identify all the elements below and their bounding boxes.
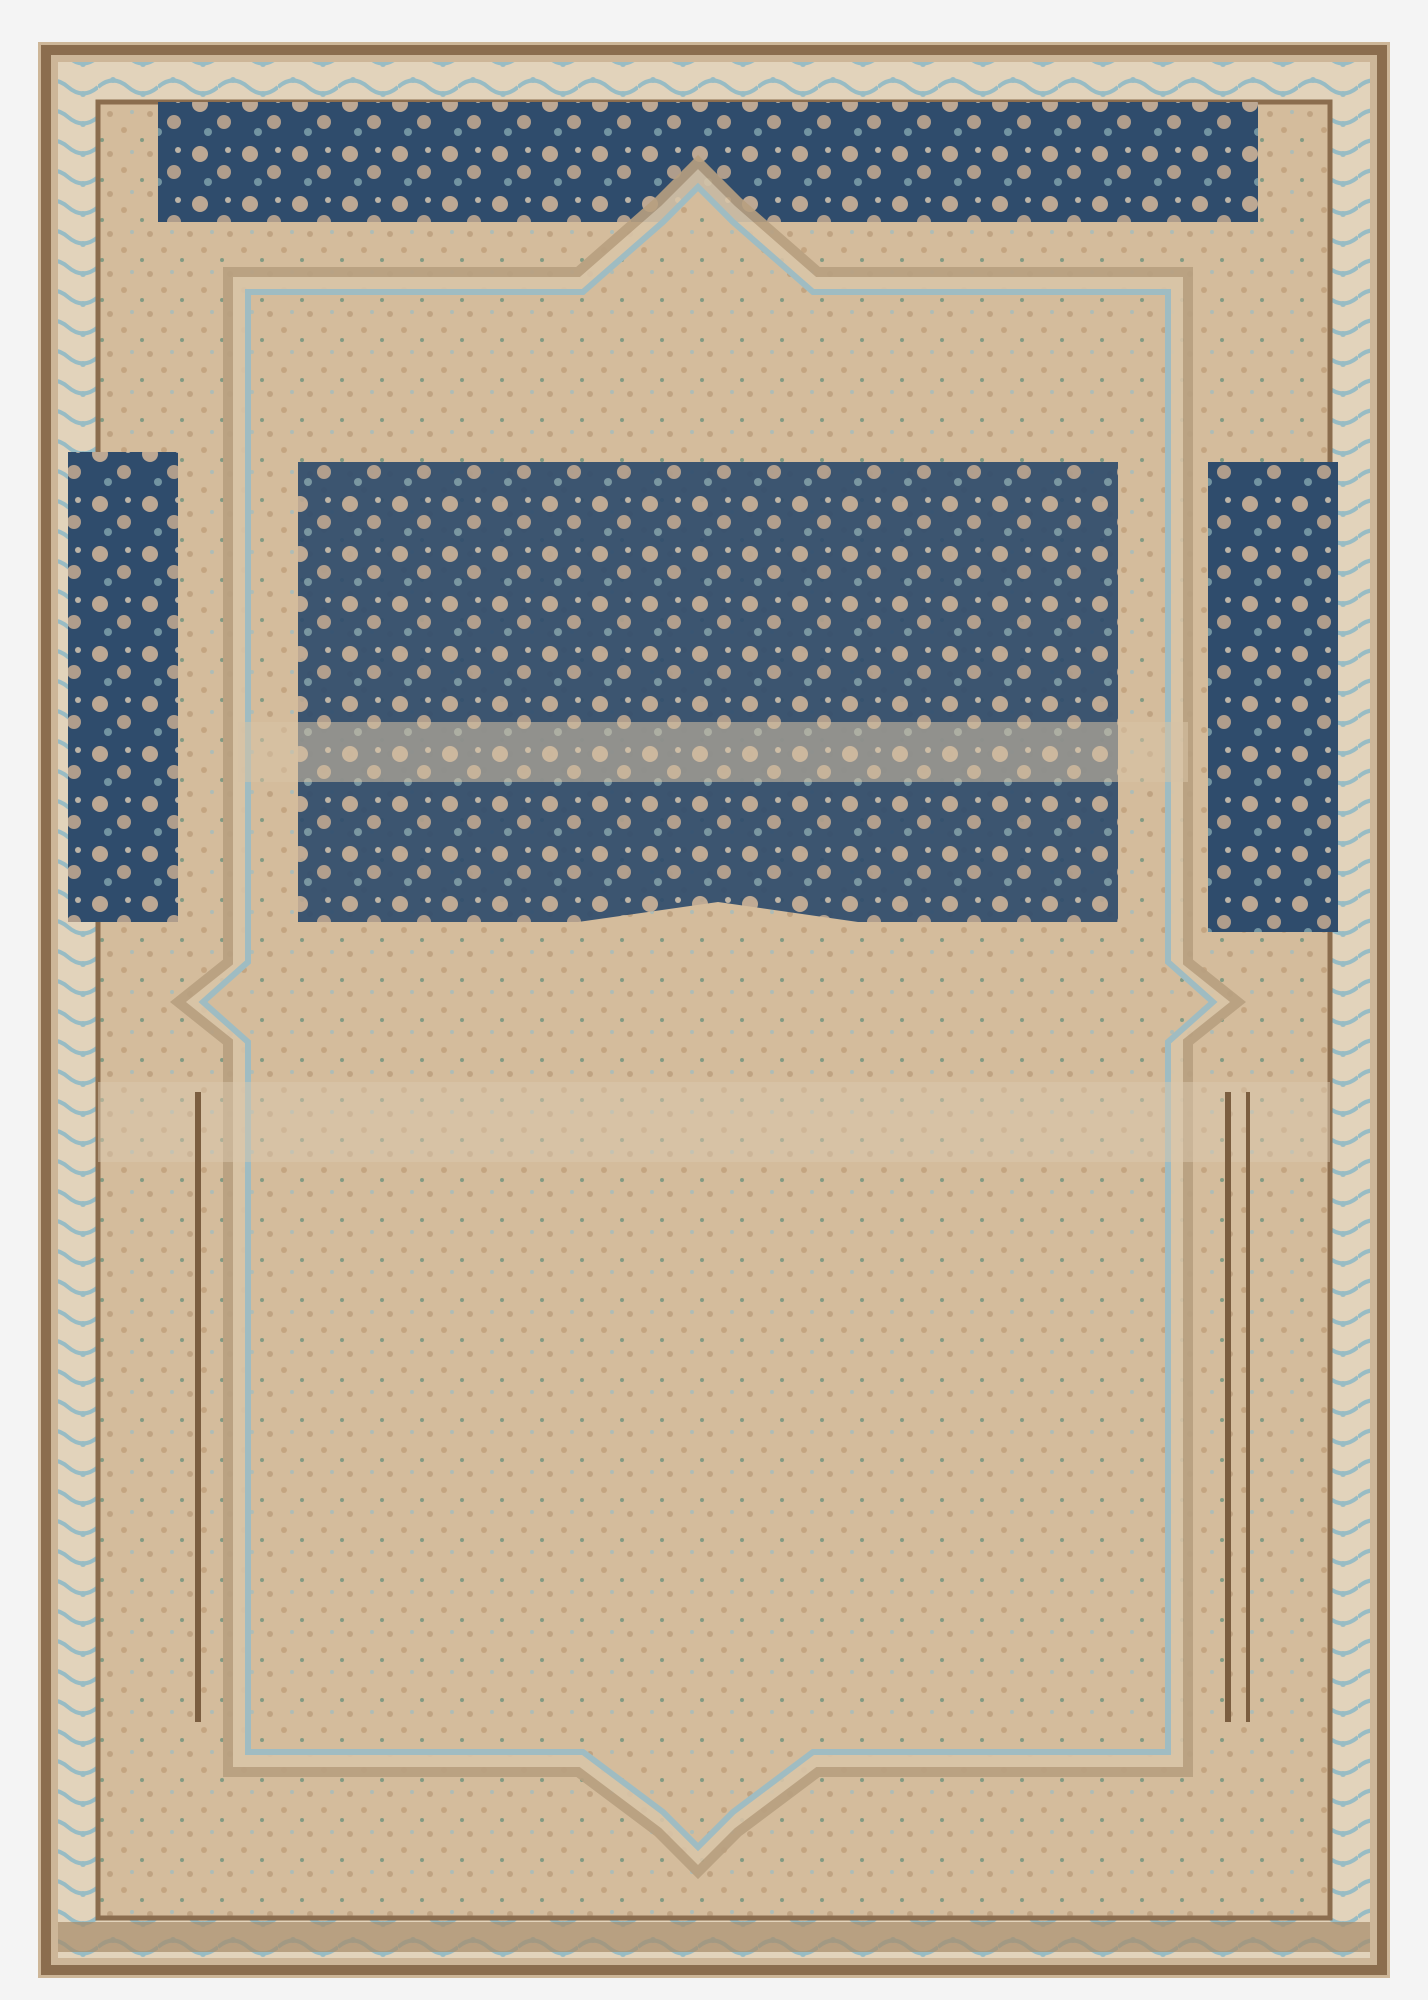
rug-illustration <box>38 42 1390 1978</box>
rug-photo <box>38 42 1390 1978</box>
